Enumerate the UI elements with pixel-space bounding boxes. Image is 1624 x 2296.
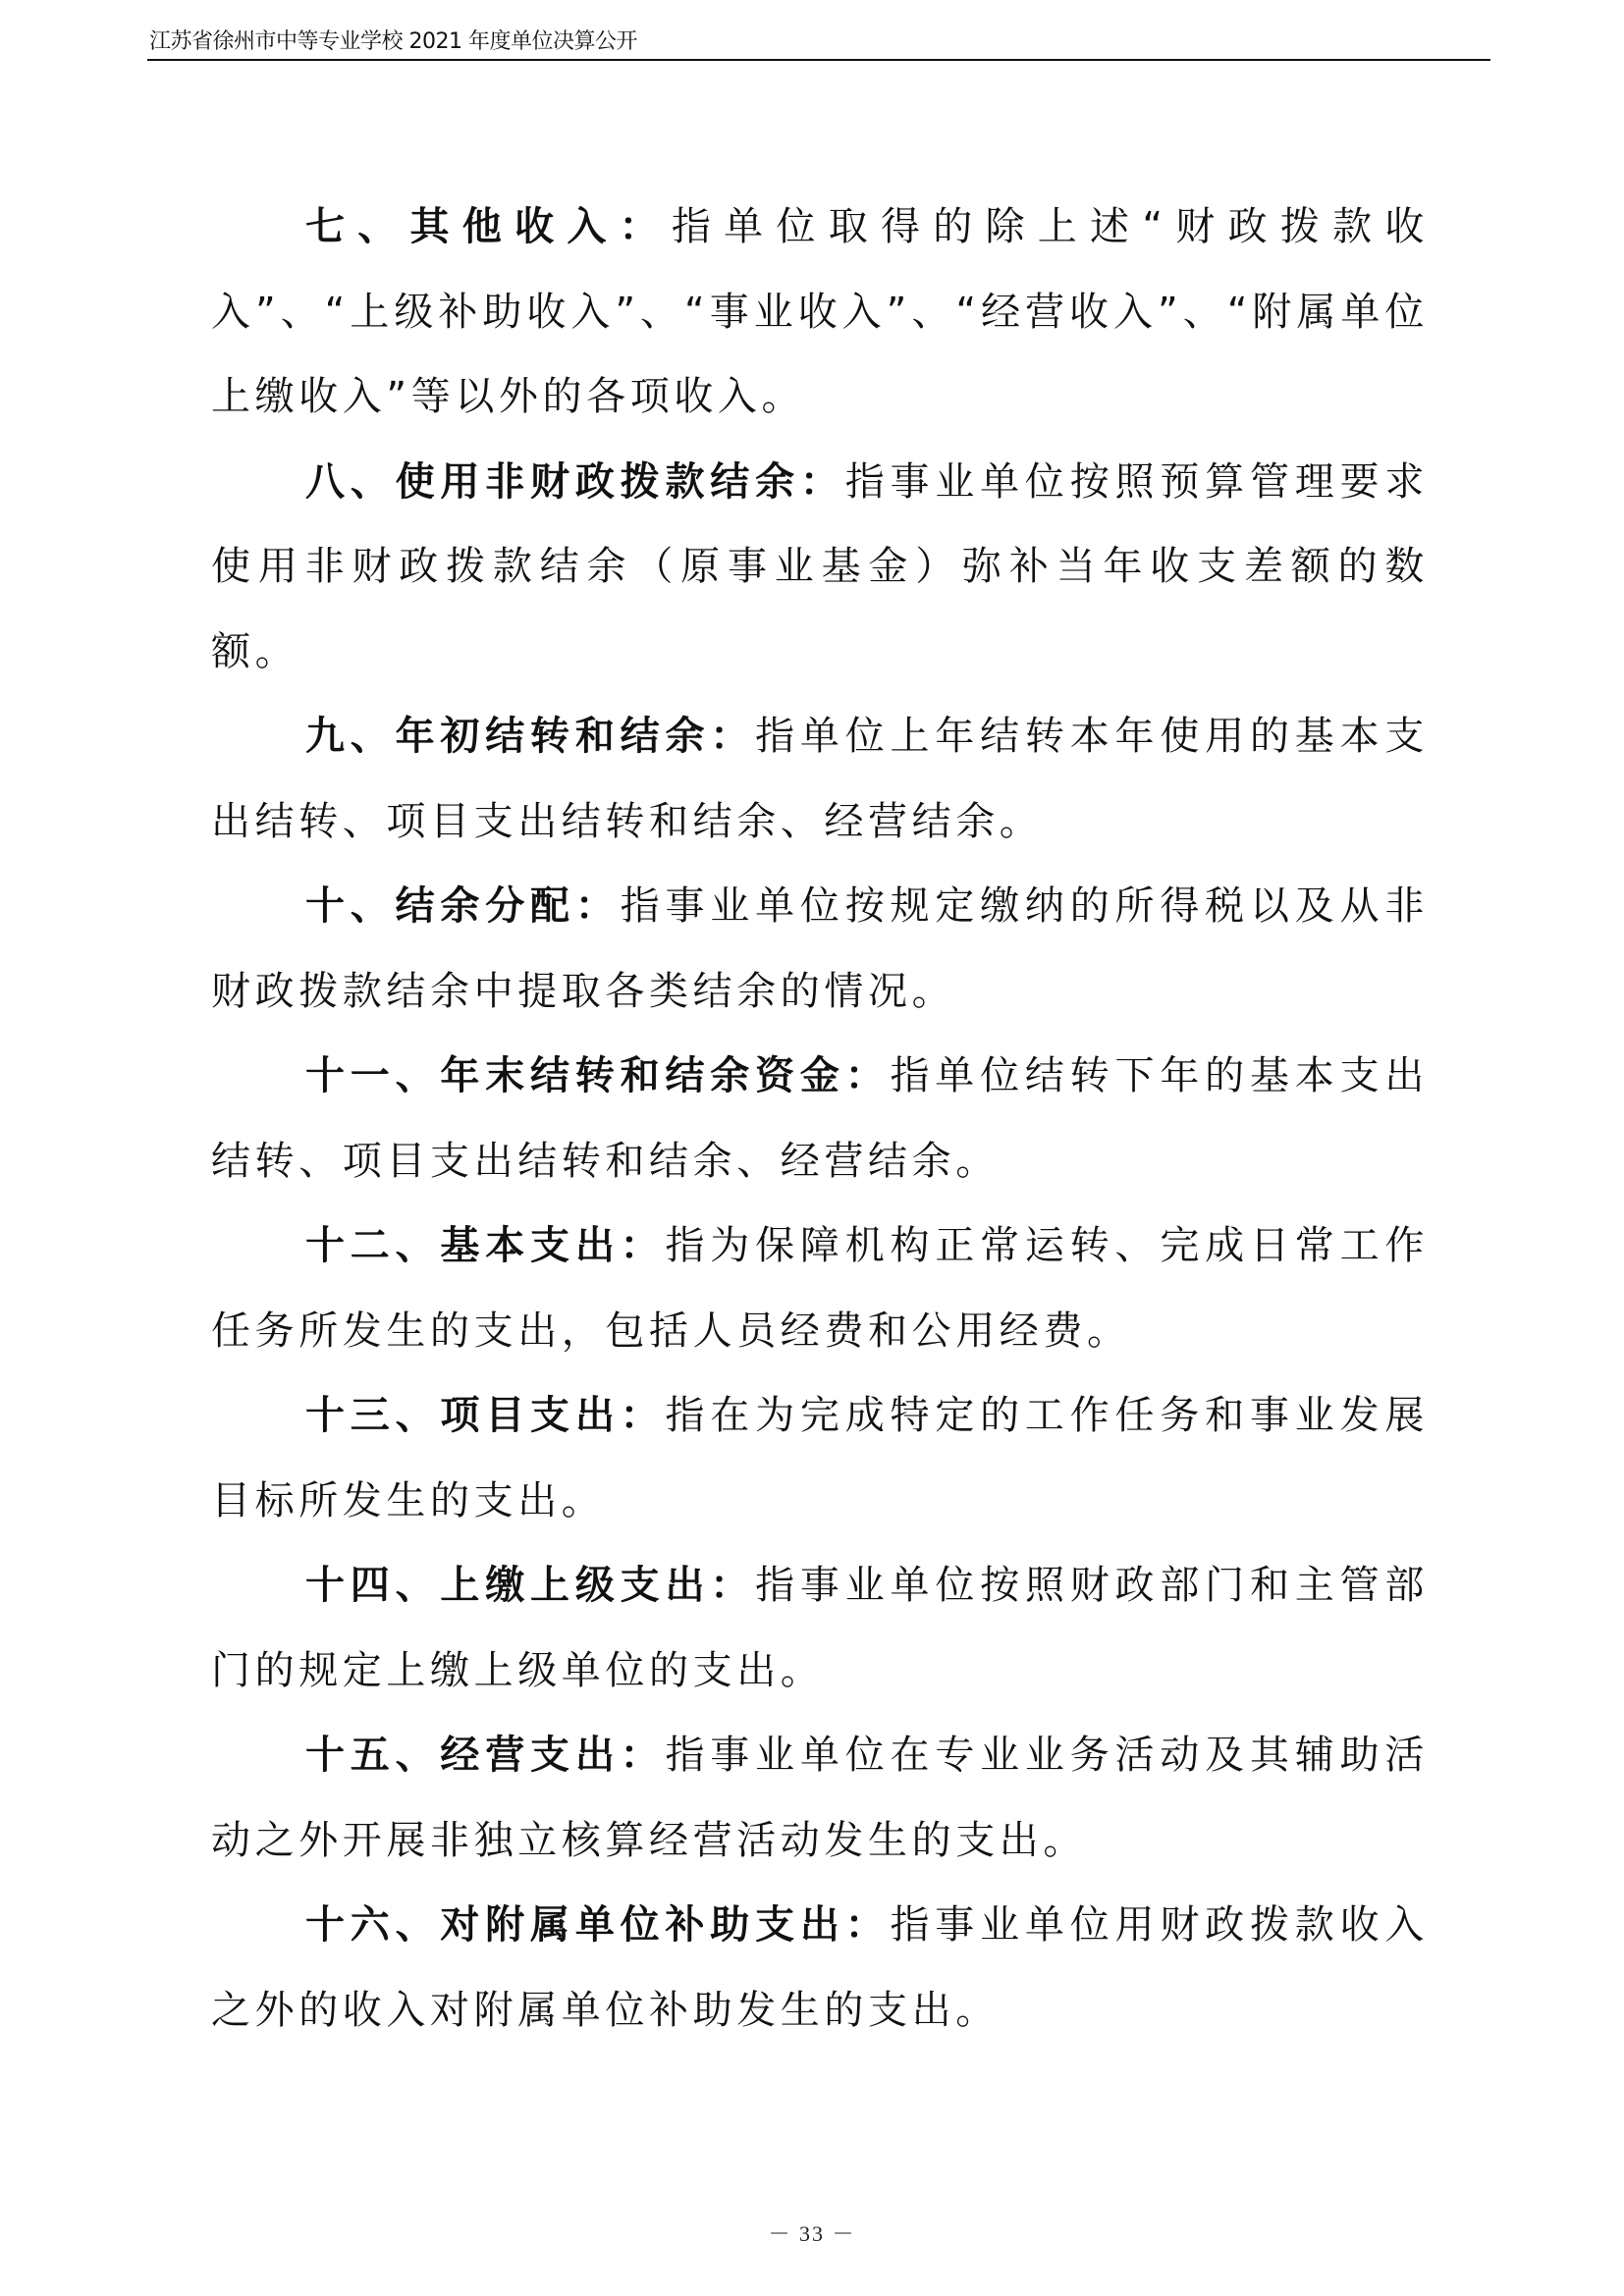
term-label: 十三、项目支出： [305, 1393, 665, 1438]
page-header: 江苏省徐州市中等专业学校 2021 年度单位决算公开 [147, 27, 1490, 61]
term-label: 十二、基本支出： [305, 1223, 665, 1268]
term-label: 九、年初结转和结余： [305, 714, 755, 759]
term-label: 八、使用非财政拨款结余： [305, 459, 845, 505]
definition-paragraph-opening-carryover: 九、年初结转和结余：指单位上年结转本年使用的基本支出结转、项目支出结转和结余、经… [211, 694, 1429, 864]
definition-paragraph-basic-expenditure: 十二、基本支出：指为保障机构正常运转、完成日常工作任务所发生的支出，包括人员经费… [211, 1203, 1429, 1373]
document-body: 七、其他收入：指单位取得的除上述“财政拨款收入”、“上级补助收入”、“事业收入”… [211, 185, 1429, 2053]
term-label: 十五、经营支出： [305, 1733, 665, 1778]
definition-paragraph-remittance-to-superior: 十四、上缴上级支出：指事业单位按照财政部门和主管部门的规定上缴上级单位的支出。 [211, 1543, 1429, 1713]
definition-paragraph-project-expenditure: 十三、项目支出：指在为完成特定的工作任务和事业发展目标所发生的支出。 [211, 1373, 1429, 1543]
definition-paragraph-other-income: 七、其他收入：指单位取得的除上述“财政拨款收入”、“上级补助收入”、“事业收入”… [211, 185, 1429, 440]
term-label: 七、其他收入： [305, 204, 672, 249]
term-label: 十六、对附属单位补助支出： [305, 1902, 891, 1948]
definition-paragraph-subsidiary-subsidy: 十六、对附属单位补助支出：指事业单位用财政拨款收入之外的收入对附属单位补助发生的… [211, 1883, 1429, 2053]
definition-paragraph-operating-expenditure: 十五、经营支出：指事业单位在专业业务活动及其辅助活动之外开展非独立核算经营活动发… [211, 1713, 1429, 1883]
definition-paragraph-closing-carryover: 十一、年末结转和结余资金：指单位结转下年的基本支出结转、项目支出结转和结余、经营… [211, 1034, 1429, 1203]
definition-paragraph-non-fiscal-surplus: 八、使用非财政拨款结余：指事业单位按照预算管理要求使用非财政拨款结余（原事业基金… [211, 440, 1429, 695]
term-label: 十四、上缴上级支出： [305, 1563, 755, 1608]
document-title: 江苏省徐州市中等专业学校 2021 年度单位决算公开 [149, 29, 637, 55]
term-label: 十一、年末结转和结余资金： [305, 1053, 891, 1098]
definition-paragraph-surplus-distribution: 十、结余分配：指事业单位按规定缴纳的所得税以及从非财政拨款结余中提取各类结余的情… [211, 864, 1429, 1034]
page-number: － 33 － [0, 2220, 1624, 2248]
term-label: 十、结余分配： [305, 883, 621, 929]
